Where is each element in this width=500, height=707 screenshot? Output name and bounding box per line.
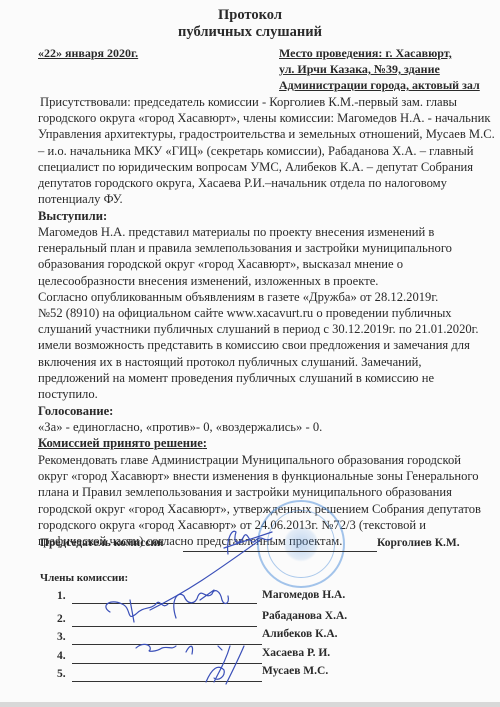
page-bottom-edge (0, 702, 500, 707)
protocol-page: Протокол публичных слушаний «22» января … (0, 0, 500, 707)
handwritten-signatures (0, 0, 500, 707)
